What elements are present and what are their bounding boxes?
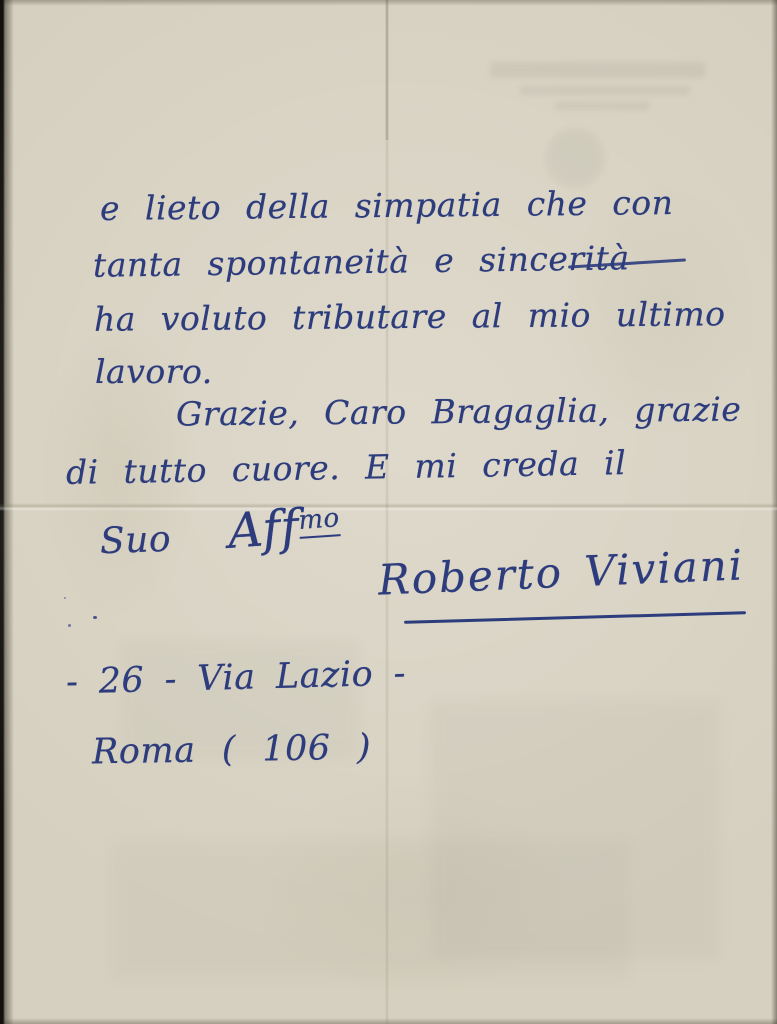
closing-aff-text: Aff xyxy=(226,499,301,560)
letter-body-line: e lieto della simpatia che con xyxy=(100,183,674,228)
letterhead-showthrough xyxy=(520,86,690,95)
scanned-letter-page: e lieto della simpatia che con tanta spo… xyxy=(0,0,777,1024)
closing-suo: Suo xyxy=(99,519,171,562)
letter-body-line: lavoro. xyxy=(95,352,213,391)
ink-dot xyxy=(93,616,97,619)
letterhead-showthrough xyxy=(490,62,705,78)
letter-body-line: ha voluto tributare al mio ultimo xyxy=(94,294,726,339)
address-city: Roma ( 106 ) xyxy=(92,728,372,773)
letter-body-line: tanta spontaneità e sincerità xyxy=(93,238,630,284)
signature: Roberto Viviani xyxy=(377,540,745,604)
letterhead-showthrough xyxy=(555,102,650,110)
closing-mo-superscript: mo xyxy=(297,503,341,539)
ink-dot xyxy=(64,597,66,599)
handwriting-showthrough xyxy=(110,840,630,980)
letter-body-line: Grazie, Caro Bragaglia, grazie xyxy=(176,390,742,434)
ink-dot xyxy=(68,624,71,627)
signature-underline xyxy=(404,611,746,624)
closing-affmo: Affmo xyxy=(226,496,342,560)
letter-body-line: di tutto cuore. E mi creda il xyxy=(66,443,627,492)
letterhead-showthrough xyxy=(545,128,605,188)
